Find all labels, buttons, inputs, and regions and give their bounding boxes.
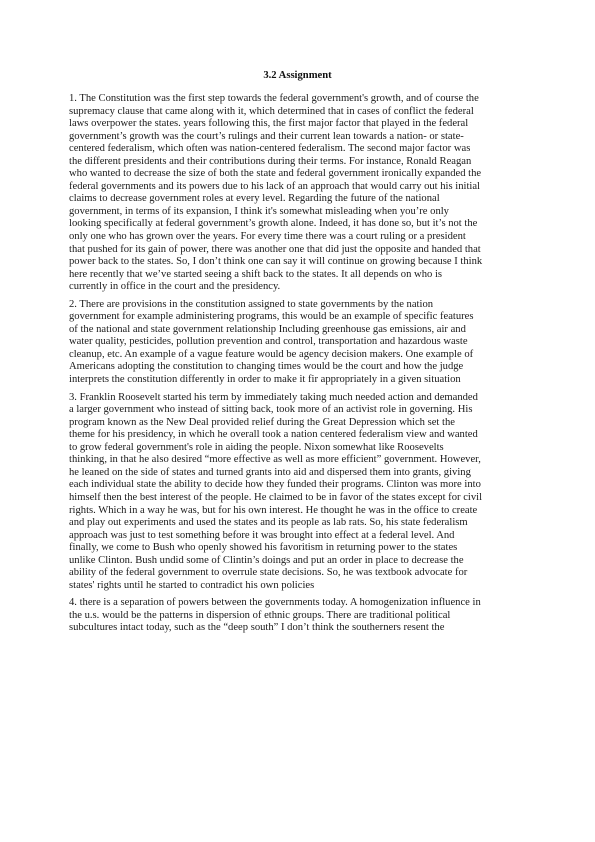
text-line: 4. there is a separation of powers betwe… [69, 597, 527, 610]
text-line: subcultures intact today, such as the “d… [69, 622, 527, 635]
text-line: the u.s. would be the patterns in disper… [69, 610, 527, 623]
text-line: that pushed for its gain of power, there… [69, 244, 527, 257]
text-line: program known as the New Deal provided r… [69, 417, 527, 430]
paragraph-2: 2. There are provisions in the constitut… [69, 299, 527, 387]
text-line: government, in terms of its expansion, I… [69, 206, 527, 219]
text-line: government for example administering pro… [69, 311, 527, 324]
text-line: cleanup, etc. An example of a vague feat… [69, 349, 527, 362]
text-line: Americans adopting the constitution to c… [69, 361, 527, 374]
text-line: 1. The Constitution was the first step t… [69, 93, 527, 106]
text-line: interprets the constitution differently … [69, 374, 527, 387]
text-line: the different presidents and their contr… [69, 156, 527, 169]
text-line: approach was just to test something befo… [69, 530, 527, 543]
text-line: supremacy clause that came along with it… [69, 106, 527, 119]
paragraph-1: 1. The Constitution was the first step t… [69, 93, 527, 294]
text-line: thinking, in that he also desired “more … [69, 454, 527, 467]
text-line: theme for his presidency, in which he ov… [69, 429, 527, 442]
text-line: a larger government who instead of sitti… [69, 404, 527, 417]
document-page: 3.2 Assignment 1. The Constitution was t… [0, 0, 595, 842]
text-line: states' rights until he started to contr… [69, 580, 527, 593]
text-line: himself then the best interest of the pe… [69, 492, 527, 505]
text-line: finally, we come to Bush who openly show… [69, 542, 527, 555]
text-line: each individual state the ability to dec… [69, 479, 527, 492]
text-line: unlike Clinton. Bush undid some of Clint… [69, 555, 527, 568]
text-line: of the national and state government rel… [69, 324, 527, 337]
document-body: 1. The Constitution was the first step t… [69, 93, 527, 640]
text-line: rights. Which in a way he was, but for h… [69, 505, 527, 518]
text-line: 2. There are provisions in the constitut… [69, 299, 527, 312]
paragraph-4: 4. there is a separation of powers betwe… [69, 597, 527, 635]
paragraph-3: 3. Franklin Roosevelt started his term b… [69, 392, 527, 593]
text-line: centered federalism, which often was nat… [69, 143, 527, 156]
text-line: and play out experiments and used the st… [69, 517, 527, 530]
text-line: government’s growth was the court’s ruli… [69, 131, 527, 144]
text-line: federal governments and its powers due t… [69, 181, 527, 194]
text-line: here recently that we’ve started seeing … [69, 269, 527, 282]
text-line: claims to decrease government roles at e… [69, 193, 527, 206]
text-line: only one who has grown over the years. F… [69, 231, 527, 244]
text-line: laws overpower the states. years followi… [69, 118, 527, 131]
text-line: 3. Franklin Roosevelt started his term b… [69, 392, 527, 405]
document-title: 3.2 Assignment [0, 70, 595, 81]
text-line: looking specifically at federal governme… [69, 218, 527, 231]
text-line: ability of the federal government to ove… [69, 567, 527, 580]
text-line: to grow federal government's role in aid… [69, 442, 527, 455]
text-line: power back to the states. So, I don’t th… [69, 256, 527, 269]
text-line: water quality, pesticides, pollution pre… [69, 336, 527, 349]
text-line: who wanted to decrease the size of both … [69, 168, 527, 181]
text-line: he leaned on the side of states and turn… [69, 467, 527, 480]
text-line: currently in office in the court and the… [69, 281, 527, 294]
